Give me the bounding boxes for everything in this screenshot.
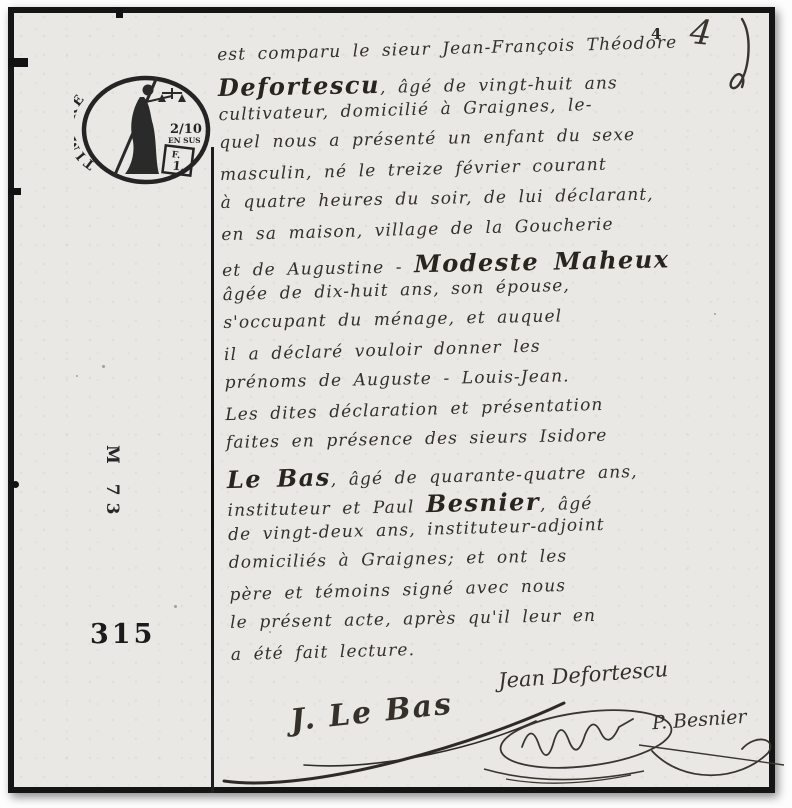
paper-speck xyxy=(76,375,78,377)
margin-vertical-note: M 73 xyxy=(102,445,122,521)
binding-stitch-mark xyxy=(12,481,19,488)
paper-speck xyxy=(174,605,177,608)
manuscript-text: et de Augustine - xyxy=(222,257,414,281)
manuscript-text: instituteur et Paul xyxy=(227,497,426,521)
binding-stitch-mark xyxy=(8,188,21,195)
manuscript-text: est comparu le sieur Jean-François Théod… xyxy=(217,33,678,65)
manuscript-name-emphasis: Besnier xyxy=(426,487,541,518)
manuscript-text-block: est comparu le sieur Jean-François Théod… xyxy=(217,31,787,673)
stamp-franc-box: F. 1. xyxy=(163,145,194,175)
manuscript-name-emphasis: Defortescu xyxy=(218,70,381,102)
stamp-value-bottom: EN SUS xyxy=(168,136,201,145)
paper-speck xyxy=(102,365,105,368)
act-number: 315 xyxy=(90,619,155,650)
binding-stitch-mark xyxy=(8,58,28,67)
manuscript-text: , âgé xyxy=(540,494,593,515)
manuscript-text: , âgé de vingt-huit ans xyxy=(380,73,618,98)
stamp-value-top: 2/10 xyxy=(170,122,202,137)
stamp-box-bottom: 1. xyxy=(172,158,186,173)
binding-stitch-mark xyxy=(116,7,123,18)
scanned-register-page: { "page": { "printed_number": "4", "hand… xyxy=(0,0,792,808)
revenue-stamp: TIMBRE 2/10 EN SUS F. 1. xyxy=(74,69,218,191)
document-scan-frame: TIMBRE 2/10 EN SUS F. 1. xyxy=(8,7,775,793)
revenue-stamp-graphic: TIMBRE 2/10 EN SUS F. 1. xyxy=(74,69,218,191)
manuscript-name-emphasis: Le Bas xyxy=(226,462,331,494)
officer-paraph-signature xyxy=(484,702,675,783)
